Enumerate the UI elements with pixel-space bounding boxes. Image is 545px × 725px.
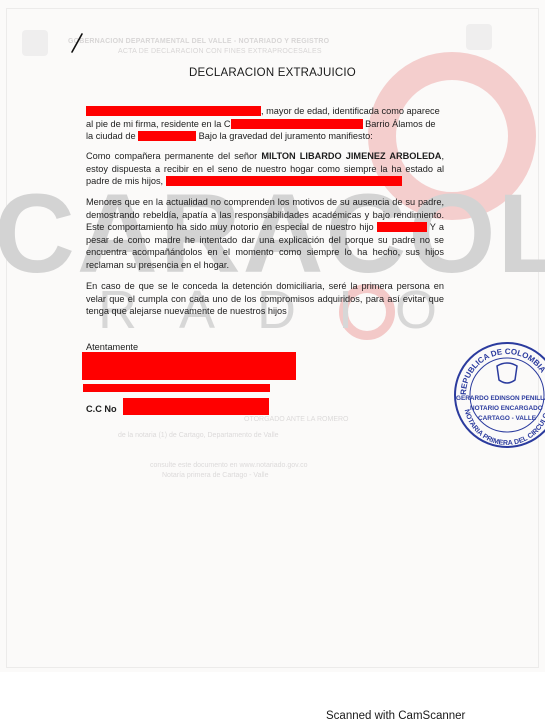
paragraph-commitment: En caso de que se le conceda la detenció… (86, 280, 444, 318)
paragraph-partner: Como compañera permanente del señor MILT… (86, 150, 444, 188)
redacted-address (231, 119, 363, 129)
ghost-footer-line3: consulte este documento en www.notariado… (150, 462, 307, 469)
camscanner-label: Scanned with CamScanner (326, 710, 465, 722)
svg-text:GERARDO EDINSON PENILLA R: GERARDO EDINSON PENILLA R (456, 395, 545, 402)
pen-mark-icon (70, 32, 84, 54)
redacted-son-name (377, 222, 427, 232)
svg-text:CARTAGO - VALLE: CARTAGO - VALLE (478, 415, 537, 422)
ghost-header-line2: ACTA DE DECLARACION CON FINES EXTRAPROCE… (118, 48, 322, 55)
redacted-city (138, 131, 196, 141)
ghost-seal-left (22, 30, 48, 56)
ghost-qr-right (466, 24, 492, 50)
ghost-footer-line2: de la notaria (1) de Cartago, Departamen… (118, 432, 279, 439)
redacted-printed-name (83, 384, 270, 392)
id-label: C.C No (86, 404, 117, 414)
svg-text:REPUBLICA DE COLOMBIA: REPUBLICA DE COLOMBIA (459, 347, 545, 395)
scanned-page: GOBERNACION DEPARTAMENTAL DEL VALLE - NO… (0, 0, 545, 672)
ghost-header-line1: GOBERNACION DEPARTAMENTAL DEL VALLE - NO… (68, 38, 329, 45)
redacted-signature (82, 352, 296, 380)
notary-stamp-icon: REPUBLICA DE COLOMBIA NOTARIA PRIMERA DE… (452, 340, 545, 450)
document-title: DECLARACION EXTRAJUICIO (0, 67, 545, 79)
paragraph-identity: , mayor de edad, identificada como apare… (86, 105, 444, 143)
paragraph-children: Menores que en la actualidad no comprend… (86, 196, 444, 272)
svg-text:NOTARIO ENCARGADO: NOTARIO ENCARGADO (470, 405, 543, 412)
closing-text: Atentamente (86, 342, 138, 352)
ghost-footer-line4: Notaría primera de Cartago - Valle (162, 472, 268, 479)
redacted-id-number (123, 398, 269, 415)
partner-name: MILTON LIBARDO JIMENEZ ARBOLEDA (261, 151, 441, 161)
ghost-footer-line1: OTORGADO ANTE LA ROMERO (244, 416, 349, 423)
redacted-children-names (166, 176, 402, 186)
redacted-name (86, 106, 261, 116)
